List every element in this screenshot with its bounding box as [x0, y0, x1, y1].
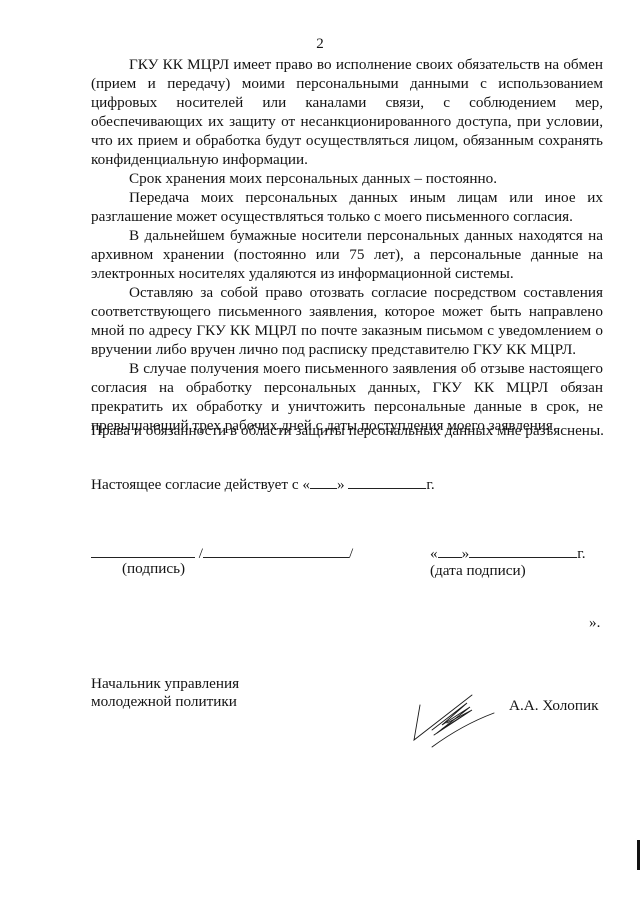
text-line: мной по адресу ГКУ КК МЦРЛ по почте зака… — [91, 321, 603, 340]
document-page: 2 ГКУ КК МЦРЛ имеет право во исполнение … — [0, 0, 640, 904]
text-line: соответствующего письменного заявления, … — [91, 302, 603, 321]
signatory-title-line1: Начальник управления — [91, 675, 239, 693]
date-year-suffix: г. — [577, 545, 585, 562]
paragraph-revocation: Оставляю за собой право отозвать согласи… — [91, 283, 603, 359]
date-caption: (дата подписи) — [430, 562, 526, 580]
validity-line: Настоящее согласие действует с «» г. — [91, 474, 435, 494]
date-close-quote: » — [462, 545, 470, 562]
text-line: разглашение может осуществляться только … — [91, 207, 603, 226]
text-line: ГКУ КК МЦРЛ имеет право во исполнение св… — [91, 55, 603, 74]
paragraph-archive: В дальнейшем бумажные носители персональ… — [91, 226, 603, 283]
text-line: Оставляю за собой право отозвать согласи… — [91, 283, 603, 302]
text-line: В случае получения моего письменного зая… — [91, 359, 603, 378]
page-number: 2 — [0, 36, 640, 53]
validity-prefix: Настоящее согласие действует с « — [91, 476, 310, 493]
text-line: архивном хранении (постоянно или 75 лет)… — [91, 245, 603, 264]
slash: / — [349, 545, 353, 562]
text-line: согласия на обработку персональных данны… — [91, 378, 603, 397]
text-line: Передача моих персональных данных иным л… — [91, 188, 603, 207]
document-body: ГКУ КК МЦРЛ имеет право во исполнение св… — [91, 55, 603, 435]
text-line: обеспечивающих их защиту от несанкционир… — [91, 112, 603, 131]
date-day-blank[interactable] — [438, 543, 462, 558]
signatory-name: А.А. Холопик — [509, 697, 599, 715]
validity-month-blank[interactable] — [348, 474, 426, 489]
validity-day-blank[interactable] — [310, 474, 337, 489]
validity-quote-close: » — [337, 476, 345, 493]
date-month-blank[interactable] — [469, 543, 577, 558]
paragraph-transfer: Передача моих персональных данных иным л… — [91, 188, 603, 226]
text-line: В дальнейшем бумажные носители персональ… — [91, 226, 603, 245]
signature-blank[interactable] — [91, 543, 195, 558]
text-line: конфиденциальную информации. — [91, 150, 603, 169]
paragraph-storage-period: Срок хранения моих персональных данных –… — [91, 169, 603, 188]
text-line: цифровых носителей или каналами связи, с… — [91, 93, 603, 112]
signing-date-line: «»г. — [430, 543, 586, 563]
signature-caption: (подпись) — [122, 560, 185, 578]
paragraph-data-exchange: ГКУ КК МЦРЛ имеет право во исполнение св… — [91, 55, 603, 169]
text-line: (прием и передачу) моими персональными д… — [91, 74, 603, 93]
full-name-blank[interactable] — [203, 543, 349, 558]
rights-statement: Права и обязанности в области защиты пер… — [91, 422, 604, 440]
text-line: прекратить их обработку и уничтожить пер… — [91, 397, 603, 416]
text-line: Срок хранения моих персональных данных –… — [91, 169, 603, 188]
text-line: что их прием и обработка будут осуществл… — [91, 131, 603, 150]
signatory-title-line2: молодежной политики — [91, 693, 237, 711]
closing-quote: ». — [589, 614, 600, 632]
text-line: вручении либо вручен лично под расписку … — [91, 340, 603, 359]
validity-year-suffix: г. — [426, 476, 434, 493]
handwritten-signature-icon — [402, 685, 512, 755]
date-open-quote: « — [430, 545, 438, 562]
text-line: электронных носителях удаляются из инфор… — [91, 264, 603, 283]
